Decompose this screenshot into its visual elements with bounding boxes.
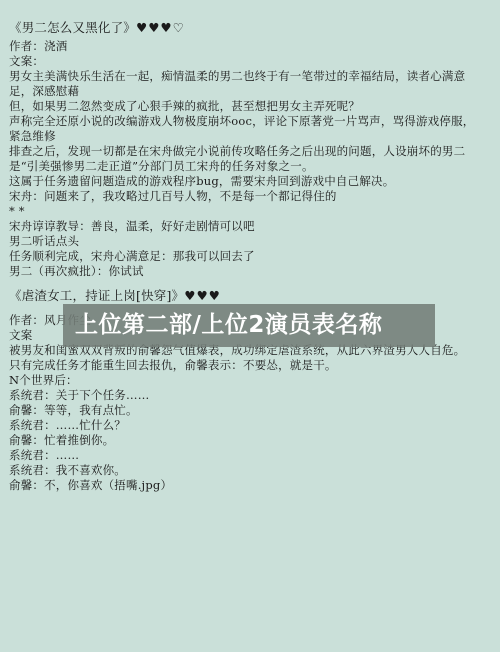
dialogue-line: 系统君：我不喜欢你。: [9, 463, 465, 478]
synopsis-line: 任务顺利完成，宋舟心满意足：那我可以回去了: [9, 249, 474, 264]
heart-rating-icon: ♥♥♥: [184, 288, 221, 303]
separator-stars: * *: [9, 204, 474, 219]
dialogue-line: 系统君：关于下个任务……: [9, 388, 465, 403]
synopsis-line: 男二（再次疯批）：你试试: [9, 264, 474, 279]
author-line: 作者：浇酒: [9, 39, 474, 54]
dialogue-line: 系统君：……: [9, 448, 465, 463]
synopsis-line: 宋舟谆谆教导：善良，温柔，好好走剧情可以吧: [9, 219, 474, 234]
caption-overlay-banner: 上位第二部/上位2演员表名称: [63, 304, 435, 347]
dialogue-line: 俞馨：等等，我有点忙。: [9, 403, 465, 418]
synopsis-line: 只有完成任务才能重生回去报仇，俞馨表示：不要怂，就是干。: [9, 358, 465, 373]
synopsis-line: 男二听话点头: [9, 234, 474, 249]
synopsis-line: 是“引美强惨男二走正道”分部门员工宋舟的任务对象之一。: [9, 159, 474, 174]
book-title-row: 《虐渣女工，持证上岗[快穿]》♥♥♥: [9, 288, 465, 304]
synopsis-line: 男女主美满快乐生活在一起，痴情温柔的男二也终于有一笔带过的幸福结局，读者心满意: [9, 69, 474, 84]
heart-rating-icon: ♥♥♥♡: [136, 20, 185, 35]
synopsis-line: 紧急维修: [9, 129, 474, 144]
dialogue-line: 俞馨：忙着推倒你。: [9, 433, 465, 448]
dialogue-line: 系统君：……忙什么？: [9, 418, 465, 433]
synopsis-line: N个世界后：: [9, 373, 465, 388]
book-title: 《虐渣女工，持证上岗[快穿]》: [9, 288, 184, 303]
synopsis-line: 宋舟：问题来了，我攻略过几百号人物，不是每一个都记得住的: [9, 189, 474, 204]
synopsis-label: 文案：: [9, 54, 474, 69]
book-entry-1: 《男二怎么又黑化了》♥♥♥♡ 作者：浇酒 文案： 男女主美满快乐生活在一起，痴情…: [9, 20, 474, 279]
synopsis-line: 但，如果男二忽然变成了心狠手辣的疯批，甚至想把男女主弄死呢？: [9, 99, 474, 114]
dialogue-line: 俞馨：不，你喜欢（捂嘴.jpg）: [9, 478, 465, 493]
book-title-row: 《男二怎么又黑化了》♥♥♥♡: [9, 20, 474, 36]
synopsis-line: 排查之后，发现一切都是在宋舟做完小说前传攻略任务之后出现的问题，人设崩坏的男二: [9, 144, 474, 159]
book-title: 《男二怎么又黑化了》: [9, 20, 136, 35]
synopsis-line: 这属于任务遗留问题造成的游戏程序bug，需要宋舟回到游戏中自己解决。: [9, 174, 474, 189]
synopsis-line: 声称完全还原小说的改编游戏人物极度崩坏ooc，评论下原著党一片骂声，骂得游戏停服…: [9, 114, 474, 129]
synopsis-line: 足，深感慰藉: [9, 84, 474, 99]
